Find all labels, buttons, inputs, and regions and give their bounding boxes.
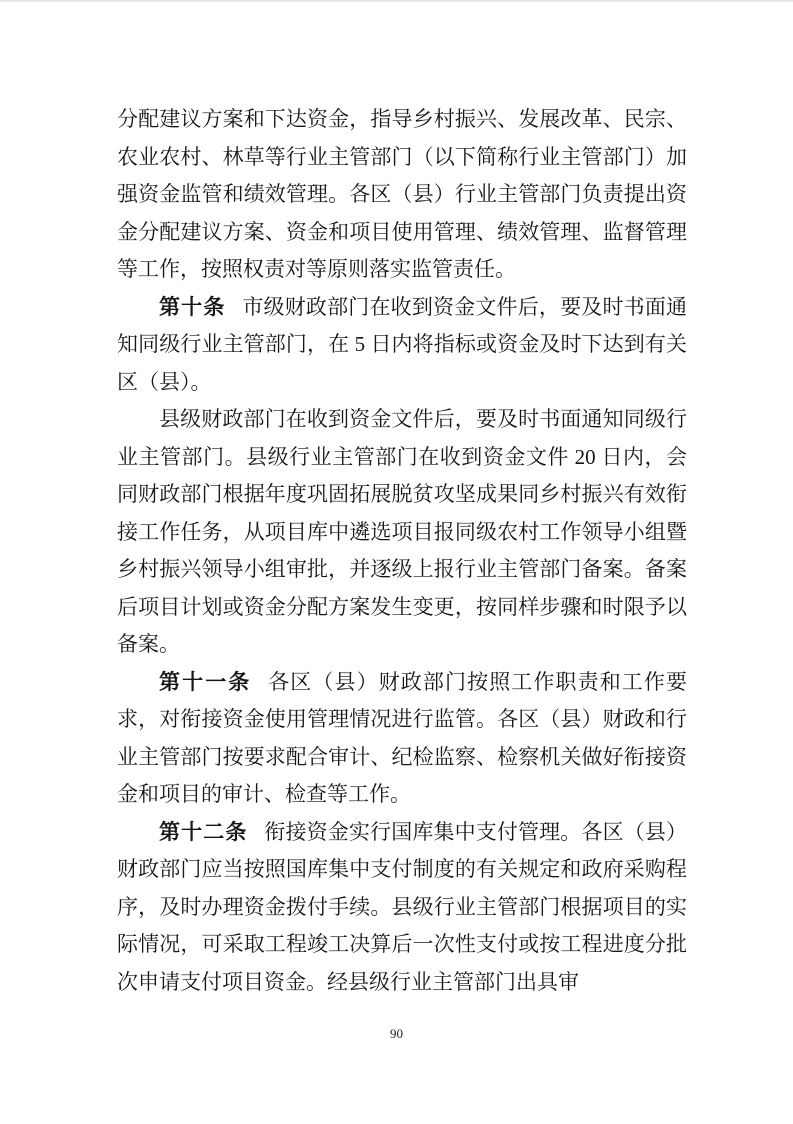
- paragraph-text: 分配建议方案和下达资金，指导乡村振兴、发展改革、民宗、农业农村、林草等行业主管部…: [117, 107, 687, 281]
- paragraph-article-11: 第十一条各区（县）财政部门按照工作职责和工作要求，对衔接资金使用管理情况进行监管…: [117, 664, 687, 814]
- paragraph-text: 衔接资金实行国库集中支付管理。各区（县）财政部门应当按照国库集中支付制度的有关规…: [117, 820, 687, 994]
- paragraph-continuation: 分配建议方案和下达资金，指导乡村振兴、发展改革、民宗、农业农村、林草等行业主管部…: [117, 101, 687, 289]
- article-number: 第十二条: [159, 820, 248, 844]
- page-number: 90: [0, 1026, 793, 1042]
- body-text: 分配建议方案和下达资金，指导乡村振兴、发展改革、民宗、农业农村、林草等行业主管部…: [117, 101, 687, 1001]
- document-page: 分配建议方案和下达资金，指导乡村振兴、发展改革、民宗、农业农村、林草等行业主管部…: [0, 0, 793, 1124]
- paragraph-article-10: 第十条市级财政部门在收到资金文件后，要及时书面通知同级行业主管部门，在 5 日内…: [117, 289, 687, 402]
- paragraph-text: 县级财政部门在收到资金文件后，要及时书面通知同级行业主管部门。县级行业主管部门在…: [117, 407, 687, 656]
- article-number: 第十条: [159, 295, 226, 319]
- paragraph-article-12: 第十二条衔接资金实行国库集中支付管理。各区（县）财政部门应当按照国库集中支付制度…: [117, 814, 687, 1002]
- article-number: 第十一条: [159, 670, 251, 694]
- paragraph-county-finance: 县级财政部门在收到资金文件后，要及时书面通知同级行业主管部门。县级行业主管部门在…: [117, 401, 687, 664]
